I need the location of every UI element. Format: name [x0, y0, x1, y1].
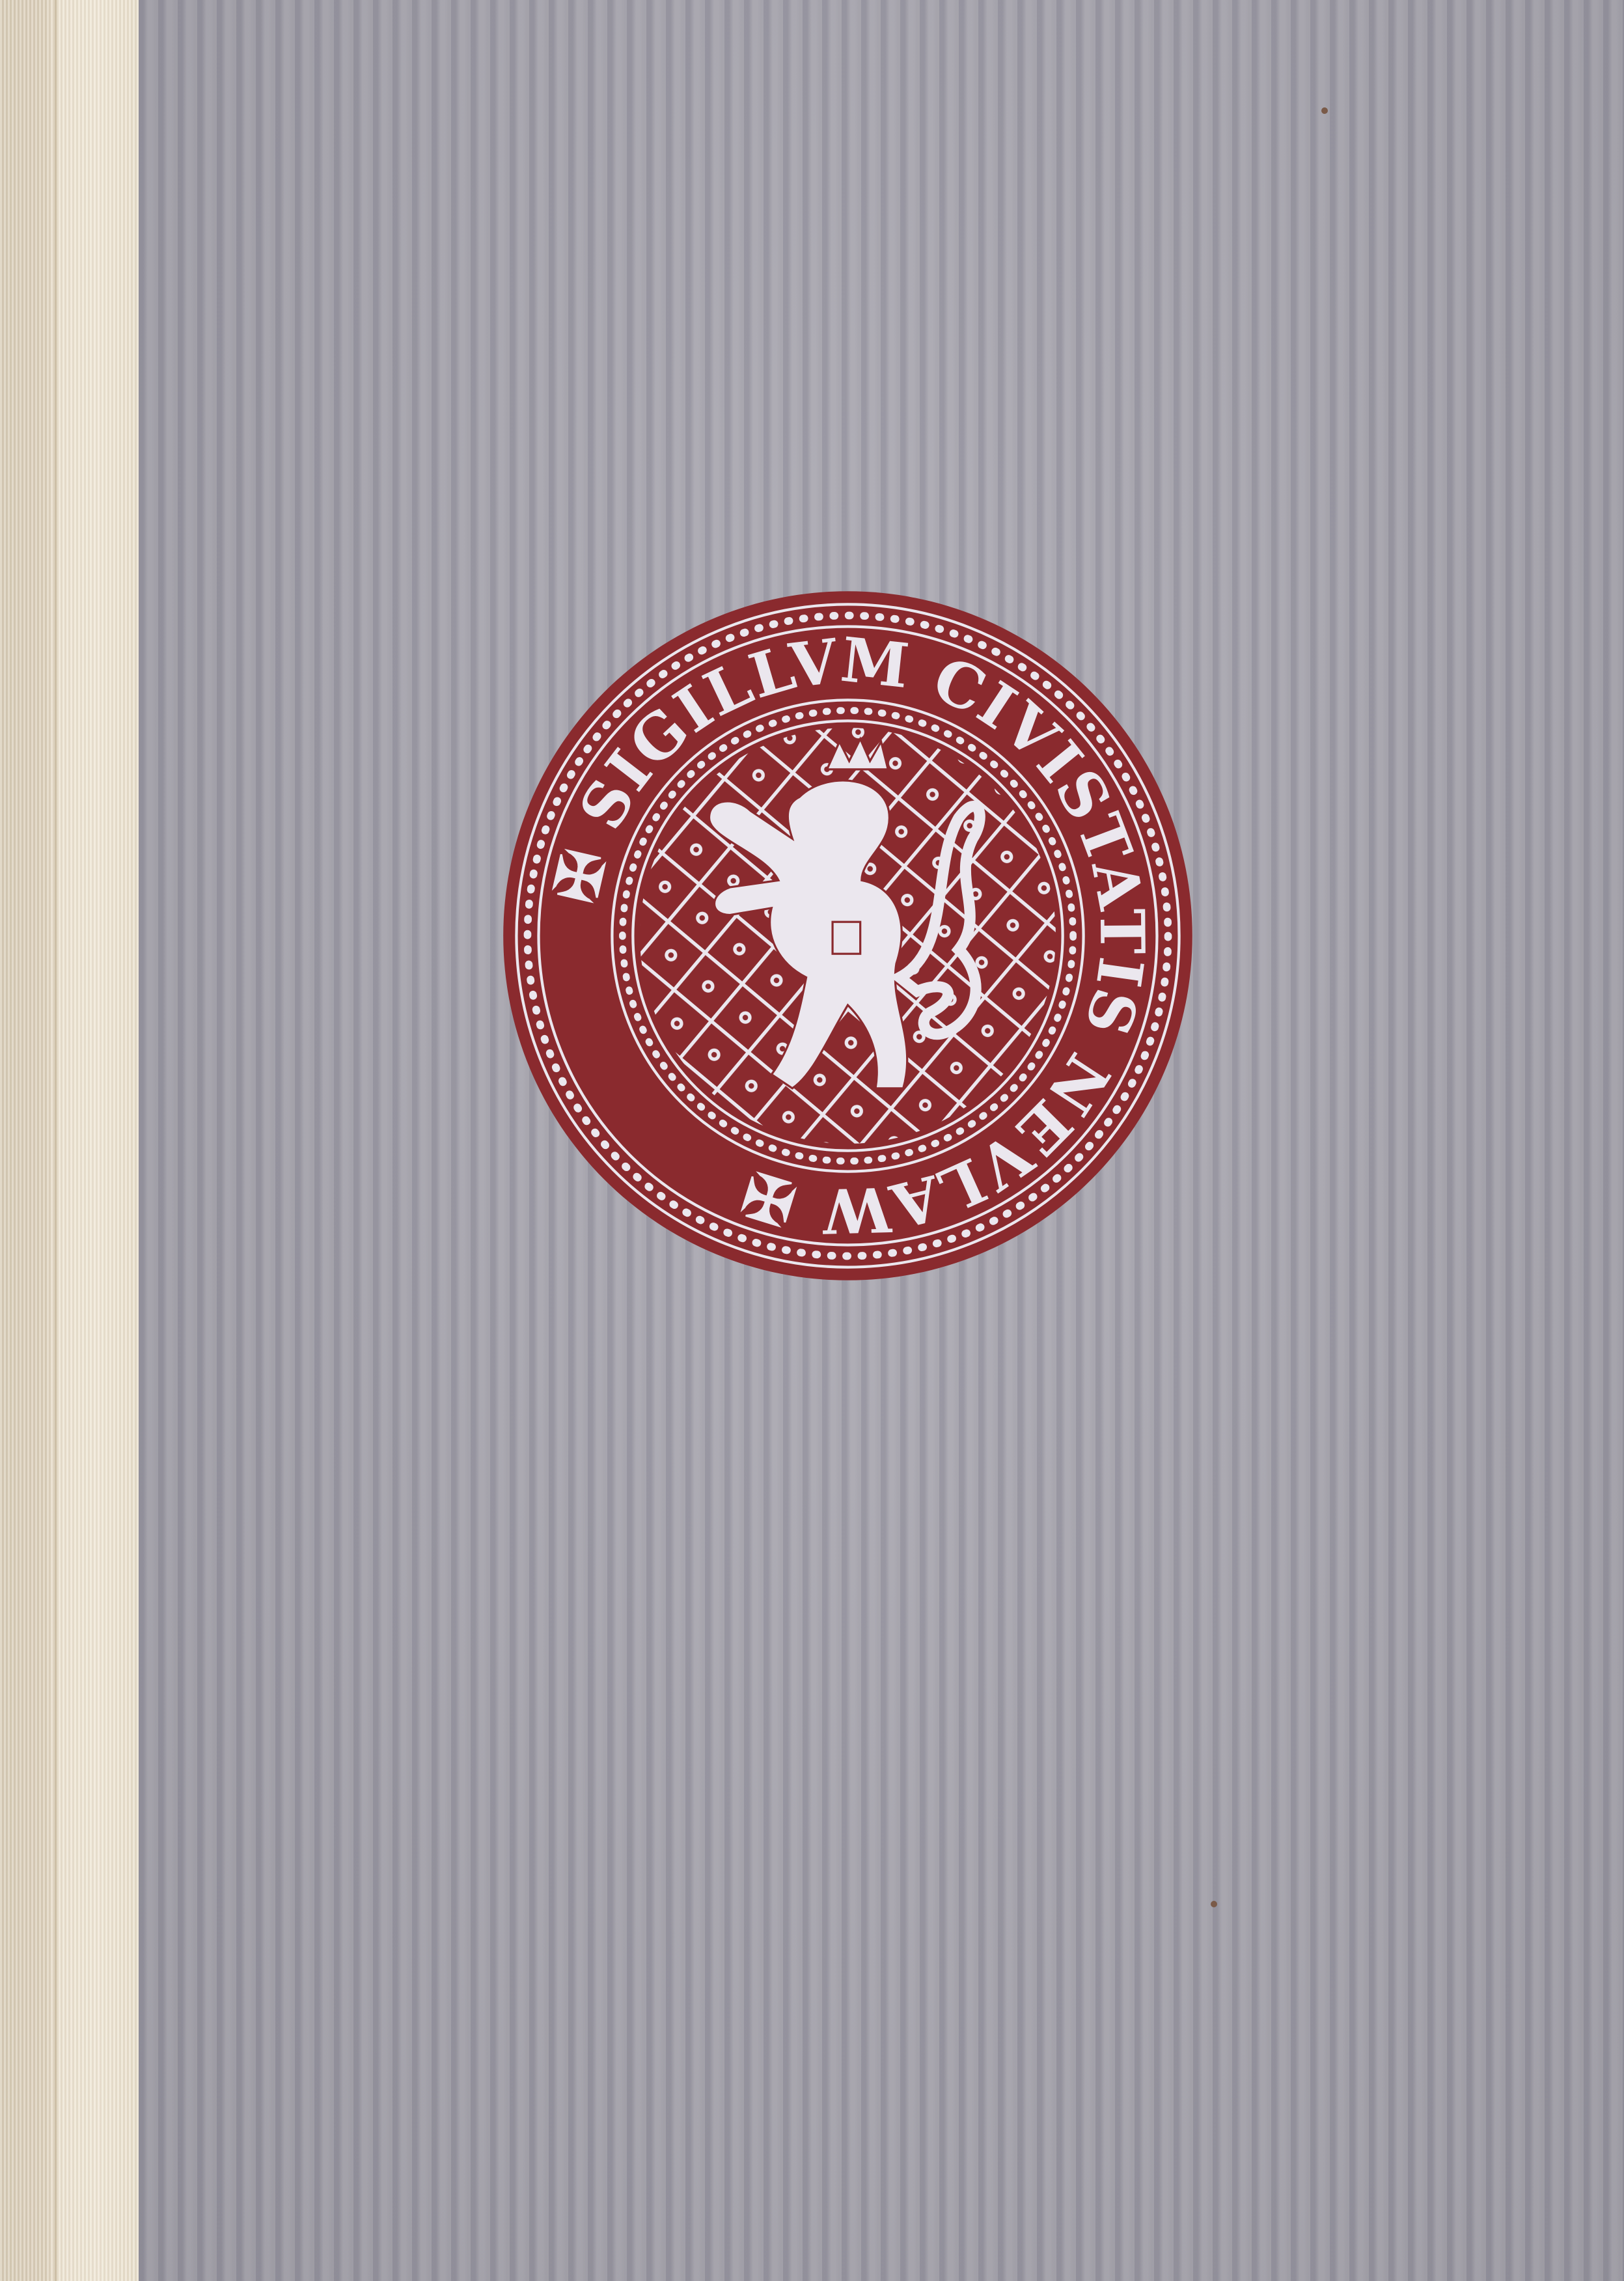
lion-seal-icon: ✠ SIGILLVM CIVISTATIS NEVLAW ✠: [501, 589, 1194, 1282]
book-cover: ✠ SIGILLVM CIVISTATIS NEVLAW ✠: [0, 0, 1624, 2281]
stain-speck: [1321, 107, 1328, 114]
cloth-spine: [0, 0, 139, 2281]
seal-emblem: ✠ SIGILLVM CIVISTATIS NEVLAW ✠: [501, 589, 1194, 1282]
spine-hinge-line: [55, 0, 57, 2281]
stain-speck: [1211, 1901, 1217, 1907]
